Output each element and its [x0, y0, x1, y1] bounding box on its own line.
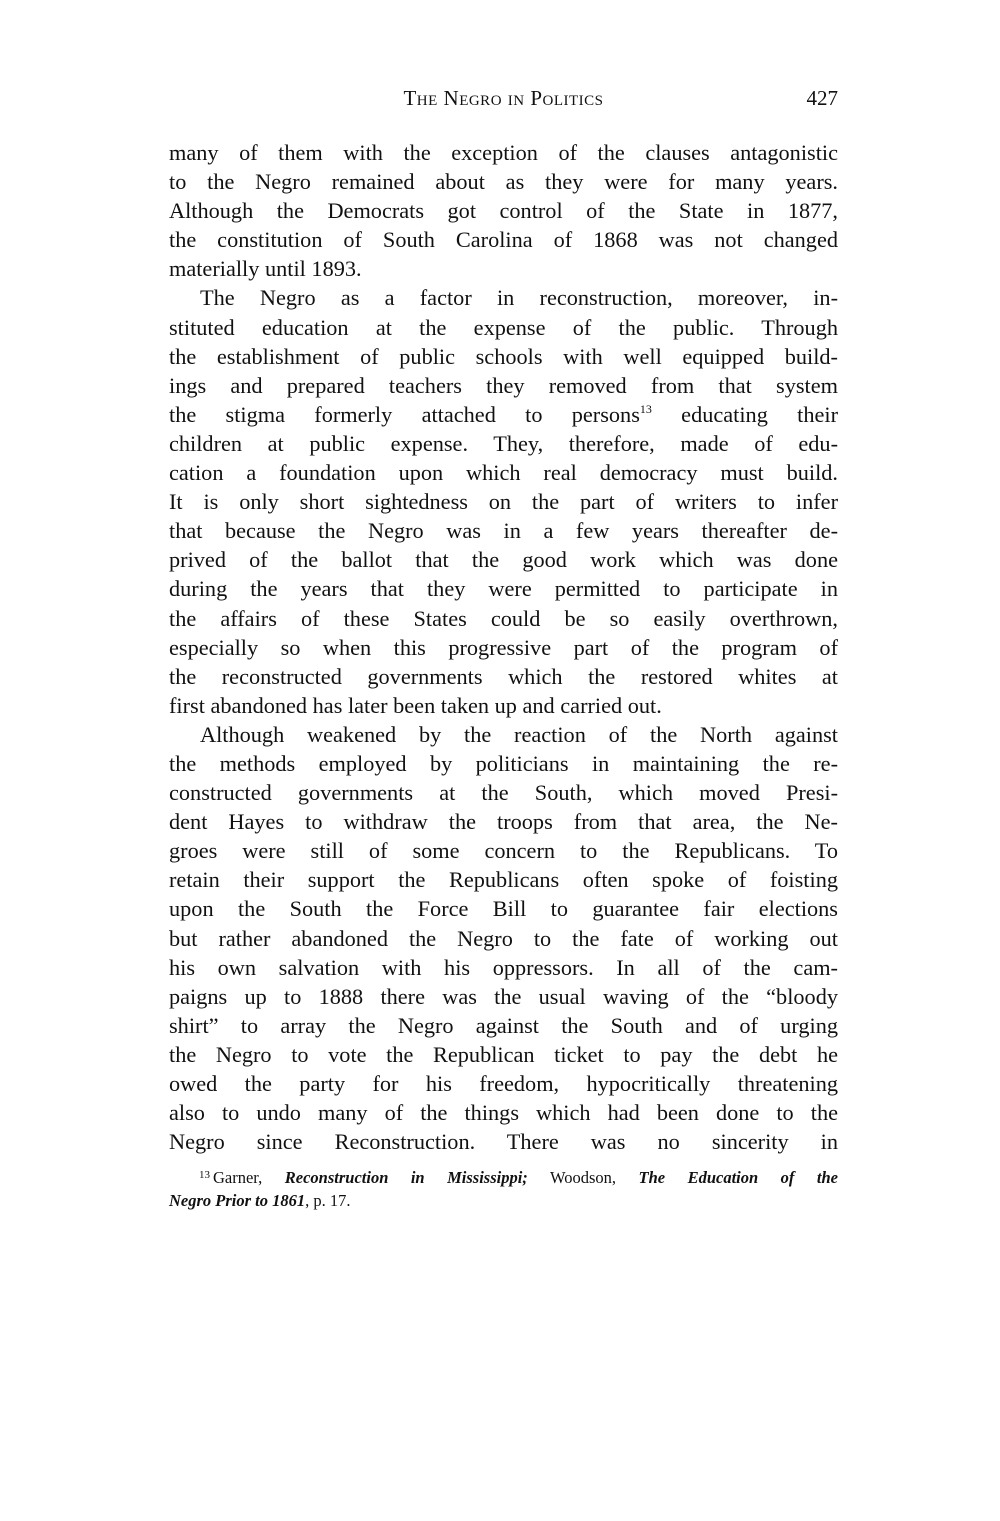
text-line: stituted education at the expense of the…	[169, 313, 838, 342]
text-line: ings and prepared teachers they removed …	[169, 371, 838, 400]
text-line: children at public expense. They, theref…	[169, 429, 838, 458]
text-line: materially until 1893.	[169, 254, 838, 283]
text-line: first abandoned has later been taken up …	[169, 691, 838, 720]
body-text: many of them with the exception of the c…	[169, 138, 838, 1156]
text-line: the constitution of South Carolina of 18…	[169, 225, 838, 254]
text-line: owed the party for his freedom, hypocrit…	[169, 1069, 838, 1098]
text-line-with-footnote-ref: the stigma formerly attached to persons1…	[169, 400, 838, 429]
text-line: many of them with the exception of the c…	[169, 138, 838, 167]
text-line: especially so when this progressive part…	[169, 633, 838, 662]
text-line: dent Hayes to withdraw the troops from t…	[169, 807, 838, 836]
text-line: his own salvation with his oppressors. I…	[169, 953, 838, 982]
text-line: to the Negro remained about as they were…	[169, 167, 838, 196]
text-line: prived of the ballot that the good work …	[169, 545, 838, 574]
text-line: cation a foundation upon which real demo…	[169, 458, 838, 487]
footnote-title: Reconstruction in Mississippi;	[285, 1168, 528, 1187]
footnote-author: Woodson,	[528, 1168, 639, 1187]
text-segment: the stigma formerly attached to persons	[169, 402, 640, 427]
paragraph-start: The Negro as a factor in reconstruction,…	[169, 283, 838, 312]
running-title: The Negro in Politics	[169, 86, 838, 111]
page-header: The Negro in Politics 427	[169, 86, 838, 116]
paragraph-start: Although weakened by the reaction of the…	[169, 720, 838, 749]
text-line: Although the Democrats got control of th…	[169, 196, 838, 225]
text-line: the establishment of public schools with…	[169, 342, 838, 371]
footnote-title: The Education of the	[639, 1168, 838, 1187]
text-line: groes were still of some concern to the …	[169, 836, 838, 865]
footnote-title: Negro Prior to 1861	[169, 1191, 305, 1210]
footnote-line: 13Garner, Reconstruction in Mississippi;…	[169, 1166, 838, 1189]
text-line: but rather abandoned the Negro to the fa…	[169, 924, 838, 953]
text-line: retain their support the Republicans oft…	[169, 865, 838, 894]
text-line: the reconstructed governments which the …	[169, 662, 838, 691]
text-line: that because the Negro was in a few year…	[169, 516, 838, 545]
footnote: 13Garner, Reconstruction in Mississippi;…	[169, 1166, 838, 1212]
footnote-mark: 13	[199, 1169, 210, 1181]
text-line: also to undo many of the things which ha…	[169, 1098, 838, 1127]
text-line: the methods employed by politicians in m…	[169, 749, 838, 778]
footnote-citation: , p. 17.	[305, 1191, 350, 1210]
text-line: constructed governments at the South, wh…	[169, 778, 838, 807]
text-line: shirt” to array the Negro against the So…	[169, 1011, 838, 1040]
footnote-reference[interactable]: 13	[640, 402, 652, 416]
text-line: Negro since Reconstruction. There was no…	[169, 1127, 838, 1156]
text-line: the affairs of these States could be so …	[169, 604, 838, 633]
text-line: the Negro to vote the Republican ticket …	[169, 1040, 838, 1069]
page-number: 427	[807, 86, 839, 111]
text-line: paigns up to 1888 there was the usual wa…	[169, 982, 838, 1011]
text-line: upon the South the Force Bill to guarant…	[169, 894, 838, 923]
text-line: It is only short sightedness on the part…	[169, 487, 838, 516]
text-line: during the years that they were permitte…	[169, 574, 838, 603]
text-segment: educating their	[652, 402, 838, 427]
book-page: The Negro in Politics 427 many of them w…	[169, 86, 838, 1212]
footnote-line: Negro Prior to 1861, p. 17.	[169, 1189, 838, 1212]
footnote-author: Garner,	[213, 1168, 285, 1187]
